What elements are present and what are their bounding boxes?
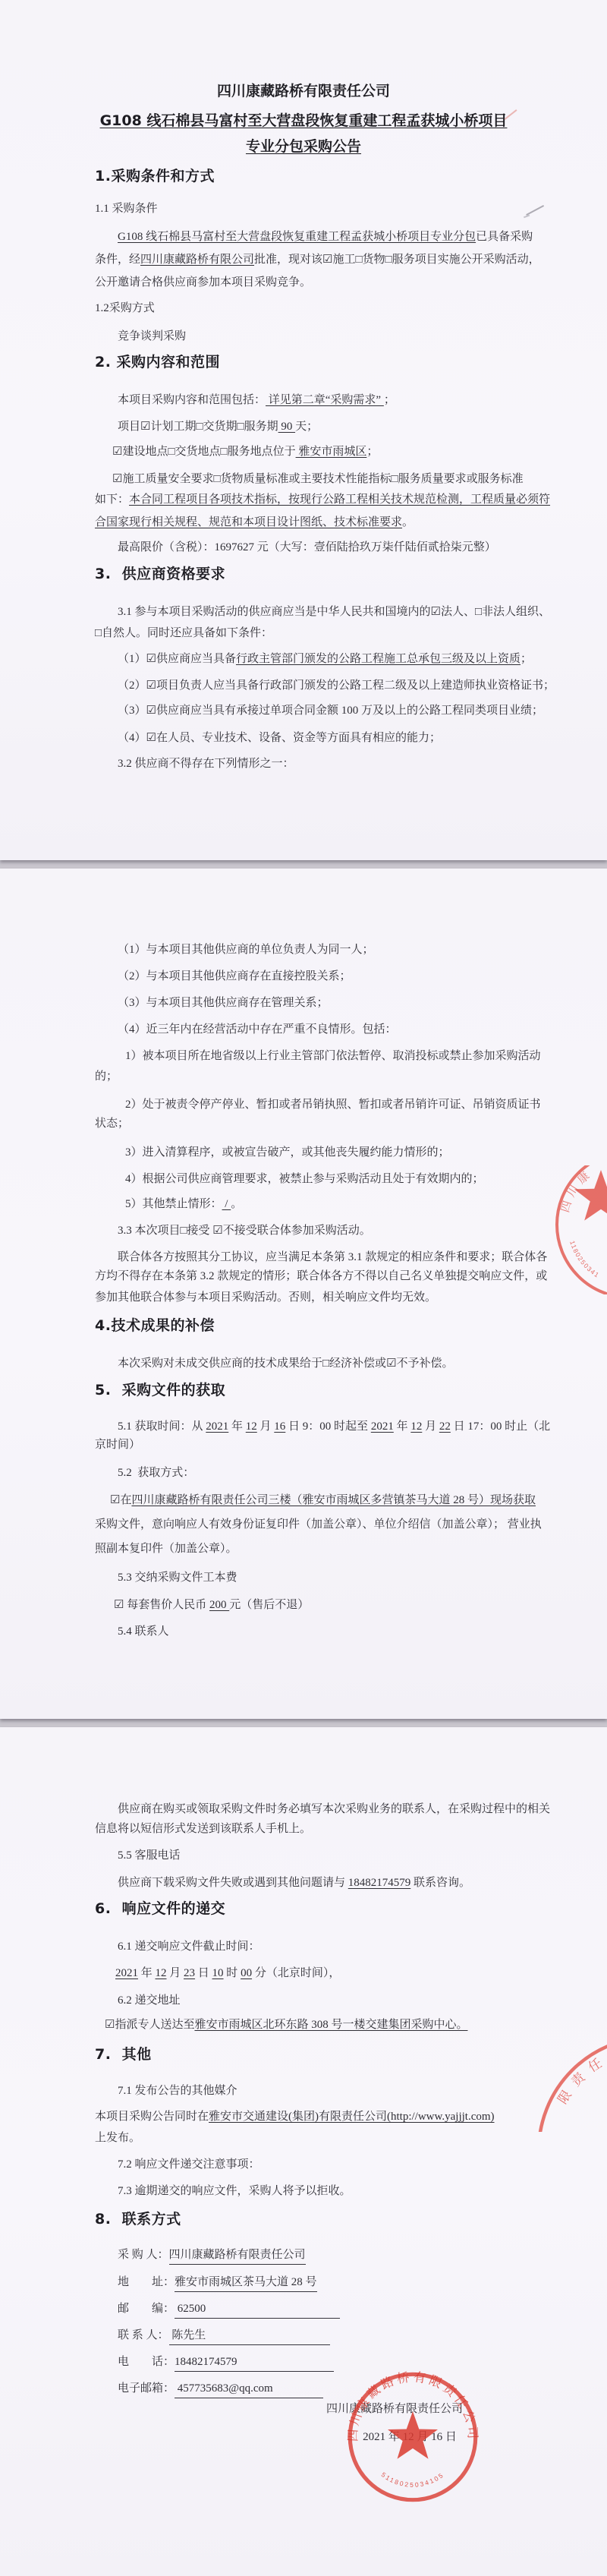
title-project: G108 线石棉县马富村至大营盘段恢复重建工程孟获城小桥项目: [0, 113, 607, 129]
obtain-address-underlined: 四川康藏路桥有限责任公司三楼（雅安市雨城区多营镇茶马大道 28 号）现场获取: [131, 1494, 536, 1506]
sub-5-5-service: 5.5 客服电话: [118, 1848, 181, 1864]
field-contact-person: 联 系 人： 陈先生: [118, 2328, 330, 2345]
scope-line: 本项目采购内容和范围包括： 详见第二章“采购需求” ；: [118, 393, 395, 408]
day-value: 16: [274, 1420, 285, 1433]
text: 年: [138, 1967, 156, 1979]
text-with-checkboxes: 批准，现对该☑施工□货物□服务项目实施公开采购活动，: [254, 254, 540, 266]
item-3-1-2: （2）☑项目负责人应当具备行政部门颁发的公路工程二级及以上建造师执业资格证书；: [118, 678, 555, 694]
signature-company: 四川康藏路桥有限责任公司: [296, 2401, 493, 2417]
text: 已具备采购: [476, 231, 533, 243]
text-with-checkboxes: 项目☑计划工期□交货期□服务期: [118, 421, 278, 433]
text-with-checkbox: ☑在: [110, 1494, 131, 1506]
location-line: ☑建设地点□交货地点□服务地点位于 雅安市雨城区；: [112, 444, 378, 460]
slash-placeholder: /: [222, 1198, 231, 1210]
text: 条件，经: [95, 254, 140, 266]
fee-line: ☑ 每套售价人民币 200 元（售后不退）: [114, 1597, 309, 1613]
sub-6-2-address: 6.2 递交地址: [118, 1993, 181, 2009]
text: 日 17：00 时止（北: [451, 1420, 550, 1433]
procurement-method: 竞争谈判采购: [118, 329, 186, 345]
field-zipcode: 邮 编： 62500: [118, 2301, 340, 2319]
text: 日 9：00 时起至: [285, 1420, 371, 1433]
media-line1: 本项目采购公告同时在雅安市交通建设(集团)有限责任公司(http://www.y…: [95, 2109, 495, 2125]
text: 本项目采购内容和范围包括：: [118, 394, 266, 406]
year-value: 2021: [115, 1967, 138, 1979]
heading-7-other: 7. 其他: [95, 2047, 152, 2063]
month-value: 12: [156, 1967, 167, 1979]
text: 时: [224, 1967, 241, 1979]
subitem-5: 5）其他禁止情形： / 。: [125, 1197, 242, 1212]
quality-line2: 如下：本合同工程项目各项技术指标，按现行公路工程相关技术规范检测，工程质量必须符: [95, 492, 550, 508]
sub-7-2-notes: 7.2 响应文件递交注意事项：: [118, 2157, 260, 2173]
address-value: 雅安市雨城区茶马大道 28 号: [175, 2275, 317, 2292]
subitem-1-line1: 1）被本项目所在地省级以上行业主管部门依法暂停、取消投标或禁止参加采购活动: [125, 1048, 541, 1064]
location-value: 雅安市雨城区: [296, 446, 367, 458]
text: 月: [257, 1420, 275, 1433]
sub-1-2: 1.2采购方式: [95, 301, 155, 317]
contact-note-line2: 信息将以短信形式发送到该联系人手机上。: [95, 1821, 311, 1837]
service-phone-line: 供应商下载采购文件失败或遇到其他问题请与 18482174579 联系咨询。: [118, 1875, 470, 1891]
text: 月: [167, 1967, 184, 1979]
page-3: [0, 1727, 607, 2576]
text: 本项目采购公告同时在: [95, 2111, 209, 2123]
contact-label: 联 系 人：: [118, 2329, 169, 2341]
para-3-1-line2: □自然人。同时还应具备如下条件：: [95, 626, 272, 642]
buyer-label: 采 购 人：: [118, 2249, 169, 2261]
text-with-checkbox: ☑指派专人送达至: [105, 2019, 194, 2031]
item-3-1-1: （1）☑供应商应当具备行政主管部门颁发的公路工程施工总承包三级及以上资质；: [118, 651, 532, 667]
item-3-2-4: （4）近三年内在经营活动中存在严重不良情形。包括：: [118, 1022, 397, 1038]
para-1-line1: G108 线石棉县马富村至大营盘段恢复重建工程孟获城小桥项目专业分包已具备采购: [118, 229, 533, 245]
phone-value: 18482174579: [175, 2354, 334, 2372]
para-1-line2: 条件，经四川康藏路桥有限公司批准，现对该☑施工□货物□服务项目实施公开采购活动，: [95, 252, 540, 268]
signature-date: 2021 年 12 月 16 日: [338, 2429, 482, 2445]
text: 。: [402, 516, 414, 528]
zipcode-label: 邮 编：: [118, 2303, 175, 2315]
quality-req-underlined: 合国家现行相关规程、规范和本项目设计图纸、技术标准要求: [95, 516, 402, 528]
para-3-3: 3.3 本次项目□接受 ☑不接受联合体参加采购活动。: [118, 1223, 371, 1239]
text-with-checkbox: （1）☑供应商应当具备: [118, 653, 236, 665]
contact-note-line1: 供应商在购买或领取采购文件时务必填写本次采购业务的联系人，在采购过程中的相关: [118, 1802, 550, 1818]
deadline-line: 2021 年 12 月 23 日 10 时 00 分（北京时间），: [115, 1966, 340, 1982]
submission-address-underlined: 雅安市雨城区北环东路 308 号一楼交建集团采购中心。: [194, 2019, 467, 2031]
text: 如下：: [95, 493, 129, 506]
sub-5-3-fee: 5.3 交纳采购文件工本费: [118, 1570, 237, 1586]
year-value: 2021: [371, 1420, 394, 1433]
quality-line3: 合国家现行相关规程、规范和本项目设计图纸、技术标准要求。: [95, 515, 414, 531]
email-value: 457735683@qq.com: [175, 2381, 323, 2398]
duration-line: 项目☑计划工期□交货期□服务期 90 天；: [118, 419, 318, 435]
title-company: 四川康藏路桥有限责任公司: [0, 84, 607, 99]
month-value: 12: [410, 1420, 422, 1433]
obtain-time-line1: 5.1 获取时间：从 2021 年 12 月 16 日 9：00 时起至 202…: [118, 1419, 550, 1435]
fee-value: 200: [209, 1599, 229, 1611]
item-3-1-4: （4）☑在人员、专业技术、设备、资金等方面具有相应的能力；: [118, 730, 441, 746]
zipcode-value: 62500: [175, 2301, 340, 2319]
sub-7-1-media: 7.1 发布公告的其他媒介: [118, 2083, 237, 2099]
obtain-method-line1: ☑在四川康藏路桥有限责任公司三楼（雅安市雨城区多营镇茶马大道 28 号）现场获取: [110, 1493, 536, 1509]
quality-req-underlined: 本合同工程项目各项技术指标，按现行公路工程相关技术规范检测，工程质量必须符: [129, 493, 550, 506]
media-line2: 上发布。: [95, 2130, 140, 2146]
project-name-underlined: G108 线石棉县马富村至大营盘段恢复重建工程孟获城小桥项目专业分包: [118, 231, 476, 243]
website-underlined: 雅安市交通建设(集团)有限责任公司(http://www.yajjjt.com): [209, 2111, 495, 2123]
text: 天；: [295, 421, 318, 433]
text: ；: [384, 394, 395, 406]
month-value: 12: [246, 1420, 257, 1433]
subitem-1-line2: 的；: [95, 1069, 118, 1085]
duration-value: 90: [278, 421, 296, 433]
service-phone-value: 18482174579: [348, 1877, 411, 1889]
subitem-2-line1: 2）处于被责令停产停业、暂扣或者吊销执照、暂扣或者吊销许可证、吊销资质证书: [125, 1097, 541, 1113]
heading-8-contact: 8. 联系方式: [95, 2212, 181, 2228]
text: 年: [394, 1420, 411, 1433]
sub-1-1: 1.1 采购条件: [95, 201, 158, 217]
heading-5-obtain-documents: 5. 采购文件的获取: [95, 1383, 225, 1398]
hour-value: 10: [212, 1967, 224, 1979]
obtain-time-line2: 京时间）: [95, 1437, 140, 1453]
field-phone: 电 话：18482174579: [118, 2354, 334, 2372]
sub-6-1-deadline: 6.1 递交响应文件截止时间：: [118, 1939, 260, 1955]
text: 日: [195, 1967, 212, 1979]
text: 年: [228, 1420, 246, 1433]
item-3-1-3: （3）☑供应商应当具有承接过单项合同金额 100 万及以上的公路工程同类项目业绩…: [118, 703, 543, 719]
contact-value: 陈先生: [169, 2328, 330, 2345]
heading-6-submission: 6. 响应文件的递交: [95, 1901, 225, 1917]
text-with-checkboxes: ☑建设地点□交货地点□服务地点位于: [112, 446, 296, 458]
field-email: 电子邮箱： 457735683@qq.com: [118, 2381, 323, 2398]
text: 供应商下载采购文件失败或遇到其他问题请与: [118, 1877, 348, 1889]
subitem-3: 3）进入清算程序，或被宣告破产，或其他丧失履约能力情形的；: [125, 1145, 450, 1161]
consortium-line2: 方均不得存在本条第 3.2 款规定的情形；联合体各方不得以自己名义单独提交响应文…: [95, 1269, 547, 1285]
item-3-2-1: （1）与本项目其他供应商的单位负责人为同一人；: [118, 942, 374, 958]
heading-4-compensation: 4.技术成果的补偿: [95, 1318, 215, 1334]
para-1-line3: 公开邀请合格供应商参加本项目采购竞争。: [95, 275, 311, 291]
text: 5.1 获取时间：从: [118, 1420, 206, 1433]
scope-ref-underlined: 详见第二章“采购需求”: [266, 394, 384, 406]
price-cap-line: 最高限价（含税）：1697627 元（大写：壹佰陆拾玖万柒仟陆佰贰拾柒元整）: [118, 540, 496, 556]
day-value: 22: [439, 1420, 451, 1433]
item-3-2-3: （3）与本项目其他供应商存在管理关系；: [118, 995, 329, 1011]
para-3-2: 3.2 供应商不得存在下列情形之一：: [118, 756, 294, 772]
text: 。: [231, 1198, 242, 1210]
buyer-value: 四川康藏路桥有限责任公司: [169, 2247, 306, 2265]
text: 联系咨询。: [410, 1877, 470, 1889]
day-value: 23: [184, 1967, 195, 1979]
sub-5-4-contact: 5.4 联系人: [118, 1624, 169, 1640]
obtain-method-line2: 采购文件，意向响应人有效身份证复印件（加盖公章）、单位介绍信（加盖公章）； 营业…: [95, 1517, 542, 1533]
para-4: 本次采购对未成交供应商的技术成果给于□经济补偿或☑不予补偿。: [118, 1356, 454, 1372]
qualification-underlined: 行政主管部门颁发的公路工程施工总承包三级及以上资质: [236, 653, 521, 665]
consortium-line3: 参加其他联合体参与本项目采购活动。否则，相关响应文件均无效。: [95, 1290, 436, 1306]
heading-2-scope: 2. 采购内容和范围: [95, 355, 220, 370]
text: ；: [521, 653, 532, 665]
subitem-2-line2: 状态；: [95, 1116, 129, 1132]
sub-7-3-late: 7.3 逾期递交的响应文件，采购人将予以拒收。: [118, 2183, 351, 2199]
text: 分（北京时间），: [252, 1967, 340, 1979]
obtain-method-line3: 照副本复印件（加盖公章）。: [95, 1541, 237, 1557]
item-3-2-2: （2）与本项目其他供应商存在直接控股关系；: [118, 969, 351, 985]
title-notice-type: 专业分包采购公告: [0, 139, 607, 155]
field-address: 地 址：雅安市雨城区茶马大道 28 号: [118, 2275, 317, 2292]
heading-1-conditions: 1.采购条件和方式: [95, 169, 215, 184]
phone-label: 电 话：: [118, 2356, 175, 2368]
subitem-4: 4）根据公司供应商管理要求，被禁止参与采购活动且处于有效期内的；: [125, 1171, 484, 1187]
field-buyer: 采 购 人：四川康藏路桥有限责任公司: [118, 2247, 306, 2265]
scanned-procurement-notice: 四川康藏路桥有限责任公司 G108 线石棉县马富村至大营盘段恢复重建工程孟获城小…: [0, 0, 607, 2576]
heading-3-qualification: 3. 供应商资格要求: [95, 566, 225, 582]
text: 5）其他禁止情形：: [125, 1198, 222, 1210]
email-label: 电子邮箱：: [118, 2382, 175, 2395]
text: ；: [366, 446, 378, 458]
submission-address-line: ☑指派专人送达至雅安市雨城区北环东路 308 号一楼交建集团采购中心。: [105, 2017, 467, 2033]
approver-underlined: 四川康藏路桥有限公司: [140, 254, 254, 266]
address-label: 地 址：: [118, 2276, 175, 2288]
text: 月: [422, 1420, 439, 1433]
sub-5-2: 5.2 获取方式：: [118, 1465, 194, 1481]
para-3-1-line1: 3.1 参与本项目采购活动的供应商应当是中华人民共和国境内的☑法人、□非法人组织…: [118, 604, 550, 620]
minute-value: 00: [241, 1967, 252, 1979]
quality-line1: ☑施工质量安全要求□货物质量标准或主要技术性能指标□服务质量要求或服务标准: [112, 471, 524, 487]
text: 元（售后不退）: [229, 1599, 309, 1611]
consortium-line1: 联合体各方按照其分工协议，应当满足本条第 3.1 款规定的相应条件和要求；联合体…: [118, 1250, 547, 1266]
year-value: 2021: [206, 1420, 228, 1433]
text-with-checkbox: ☑ 每套售价人民币: [114, 1599, 209, 1611]
